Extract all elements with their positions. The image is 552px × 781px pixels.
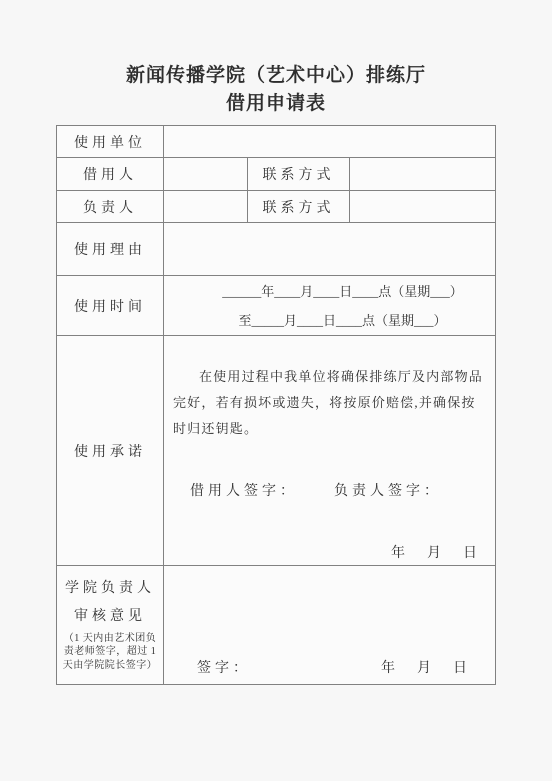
- reason-value-cell[interactable]: [163, 223, 495, 276]
- table-row: 使用时间 ______年____月____日____点（星期___） 至____…: [56, 276, 495, 336]
- table-row: 使用单位: [56, 126, 495, 158]
- unit-value-cell[interactable]: [163, 126, 495, 158]
- unit-label: 使用单位: [56, 126, 163, 158]
- review-sign-label: 签字：: [197, 659, 251, 679]
- application-form-table: 使用单位 借用人 联系方式 负责人 联系方式 使用理由 使用时间 ______年…: [56, 125, 496, 685]
- manager-contact-label: 联系方式: [247, 191, 349, 223]
- manager-name-cell[interactable]: [163, 191, 247, 223]
- promise-label: 使用承诺: [56, 336, 163, 566]
- table-row: 使用承诺 在使用过程中我单位将确保排练厅及内部物品完好，若有损坏或遗失，将按原价…: [56, 336, 495, 566]
- time-label: 使用时间: [56, 276, 163, 336]
- time-line-1: ______年____月____日____点（星期___）: [190, 277, 495, 306]
- promise-date-line: 年 月 日: [173, 544, 485, 564]
- promise-sign-row: 借用人签字： 负责人签字：: [173, 482, 485, 502]
- table-row: 使用理由: [56, 223, 495, 276]
- review-label-cell: 学院负责人 审核意见 （1 天内由艺术团负责老师签字，超过 1 天由学院院长签字…: [56, 566, 163, 685]
- borrower-contact-cell[interactable]: [349, 158, 495, 191]
- promise-content-cell: 在使用过程中我单位将确保排练厅及内部物品完好，若有损坏或遗失，将按原价赔偿,并确…: [163, 336, 495, 566]
- form-title-line2: 借用申请表: [0, 90, 552, 118]
- form-title: 新闻传播学院（艺术中心）排练厅 借用申请表: [0, 0, 552, 118]
- borrower-label: 借用人: [56, 158, 163, 191]
- review-label-line2: 审核意见: [59, 606, 161, 627]
- time-line-2: 至_____月____日____点（星期___）: [190, 306, 495, 335]
- borrower-sign-label: 借用人签字：: [190, 482, 298, 502]
- reason-label: 使用理由: [56, 223, 163, 276]
- table-row: 负责人 联系方式: [56, 191, 495, 223]
- review-label-line1: 学院负责人: [59, 578, 161, 599]
- review-date-line: 年 月 日: [381, 659, 471, 679]
- review-note: （1 天内由艺术团负责老师签字，超过 1 天由学院院长签字）: [59, 632, 161, 673]
- promise-content: 在使用过程中我单位将确保排练厅及内部物品完好，若有损坏或遗失，将按原价赔偿,并确…: [164, 336, 495, 564]
- time-value-cell[interactable]: ______年____月____日____点（星期___） 至_____月___…: [163, 276, 495, 336]
- borrower-name-cell[interactable]: [163, 158, 247, 191]
- table-row: 学院负责人 审核意见 （1 天内由艺术团负责老师签字，超过 1 天由学院院长签字…: [56, 566, 495, 685]
- manager-contact-cell[interactable]: [349, 191, 495, 223]
- manager-label: 负责人: [56, 191, 163, 223]
- form-page: 新闻传播学院（艺术中心）排练厅 借用申请表 使用单位 借用人 联系方式 负责人 …: [0, 0, 552, 781]
- review-content-cell[interactable]: 签字： 年 月 日: [163, 566, 495, 685]
- table-row: 借用人 联系方式: [56, 158, 495, 191]
- manager-sign-label: 负责人签字：: [334, 482, 442, 502]
- form-title-line1: 新闻传播学院（艺术中心）排练厅: [0, 62, 552, 90]
- promise-text: 在使用过程中我单位将确保排练厅及内部物品完好，若有损坏或遗失，将按原价赔偿,并确…: [173, 364, 485, 442]
- review-sign-row: 签字： 年 月 日: [164, 659, 495, 684]
- borrower-contact-label: 联系方式: [247, 158, 349, 191]
